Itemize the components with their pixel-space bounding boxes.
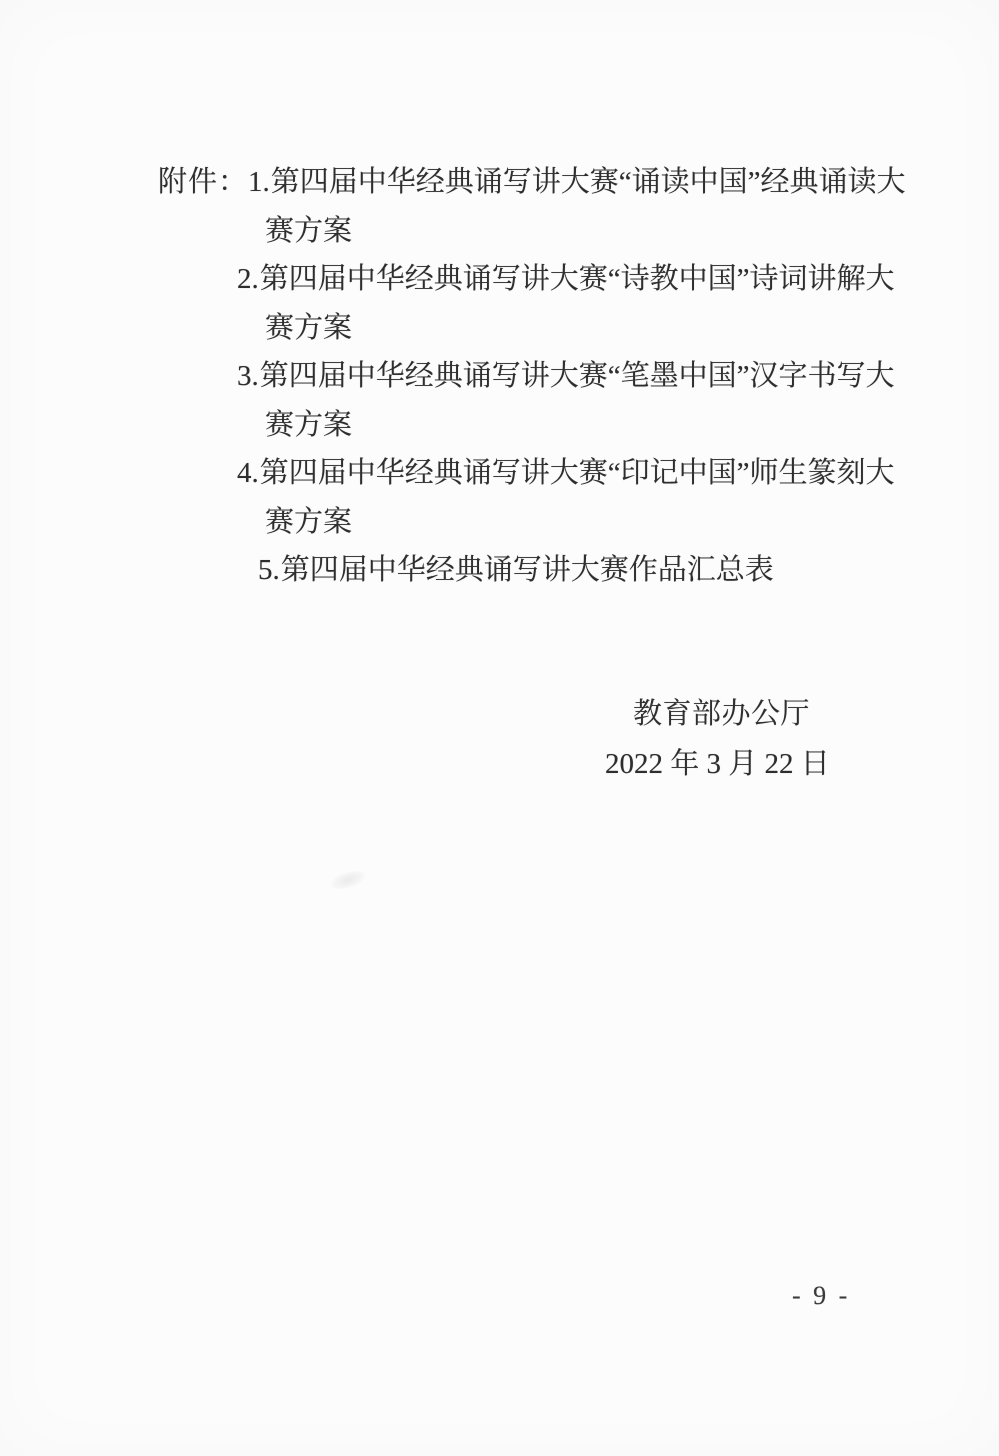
attachment-2-text-line1: 第四届中华经典诵写讲大赛“诗教中国”诗词讲解大: [260, 263, 895, 295]
document-page: 附件：1.第四届中华经典诵写讲大赛“诵读中国”经典诵读大 赛方案 2.第四届中华…: [0, 0, 999, 1456]
attachment-1-text-line2: 赛方案: [265, 215, 352, 247]
attachment-4-text-line2: 赛方案: [265, 506, 352, 538]
attachment-2-text-line2-row: 赛方案: [0, 304, 999, 353]
attachment-3-number: 3.: [237, 360, 260, 392]
attachment-5-text-line1: 第四届中华经典诵写讲大赛作品汇总表: [281, 554, 774, 586]
attachment-line-1: 附件：1.第四届中华经典诵写讲大赛“诵读中国”经典诵读大: [0, 158, 999, 207]
attachment-4-text-line1: 第四届中华经典诵写讲大赛“印记中国”师生篆刻大: [260, 457, 895, 489]
attachment-3-text-line2: 赛方案: [265, 409, 352, 441]
scan-smudge-artifact: [328, 867, 367, 893]
attachment-1-text-line1: 第四届中华经典诵写讲大赛“诵读中国”经典诵读大: [271, 166, 906, 198]
attachment-5-number: 5.: [258, 554, 281, 586]
signature-organization: 教育部办公厅: [633, 698, 810, 731]
attachment-4-number: 4.: [237, 457, 260, 489]
page-number: - 9 -: [792, 1281, 850, 1311]
attachment-1-number: 1.: [248, 166, 271, 198]
attachment-3-text-line1: 第四届中华经典诵写讲大赛“笔墨中国”汉字书写大: [260, 360, 895, 392]
attachment-list: 附件：1.第四届中华经典诵写讲大赛“诵读中国”经典诵读大 赛方案 2.第四届中华…: [0, 158, 999, 595]
attachment-3-text-line2-row: 赛方案: [0, 401, 999, 450]
attachment-5-row: 5.第四届中华经典诵写讲大赛作品汇总表: [0, 546, 999, 595]
attachment-4-row: 4.第四届中华经典诵写讲大赛“印记中国”师生篆刻大: [0, 449, 999, 498]
attachments-label: 附件：: [158, 166, 248, 198]
attachment-3-row: 3.第四届中华经典诵写讲大赛“笔墨中国”汉字书写大: [0, 352, 999, 401]
attachment-2-row: 2.第四届中华经典诵写讲大赛“诗教中国”诗词讲解大: [0, 255, 999, 304]
signature-date: 2022 年 3 月 22 日: [605, 748, 830, 781]
attachment-1-text-line2-row: 赛方案: [0, 207, 999, 256]
attachment-2-text-line2: 赛方案: [265, 312, 352, 344]
attachment-2-number: 2.: [237, 263, 260, 295]
attachment-4-text-line2-row: 赛方案: [0, 498, 999, 547]
